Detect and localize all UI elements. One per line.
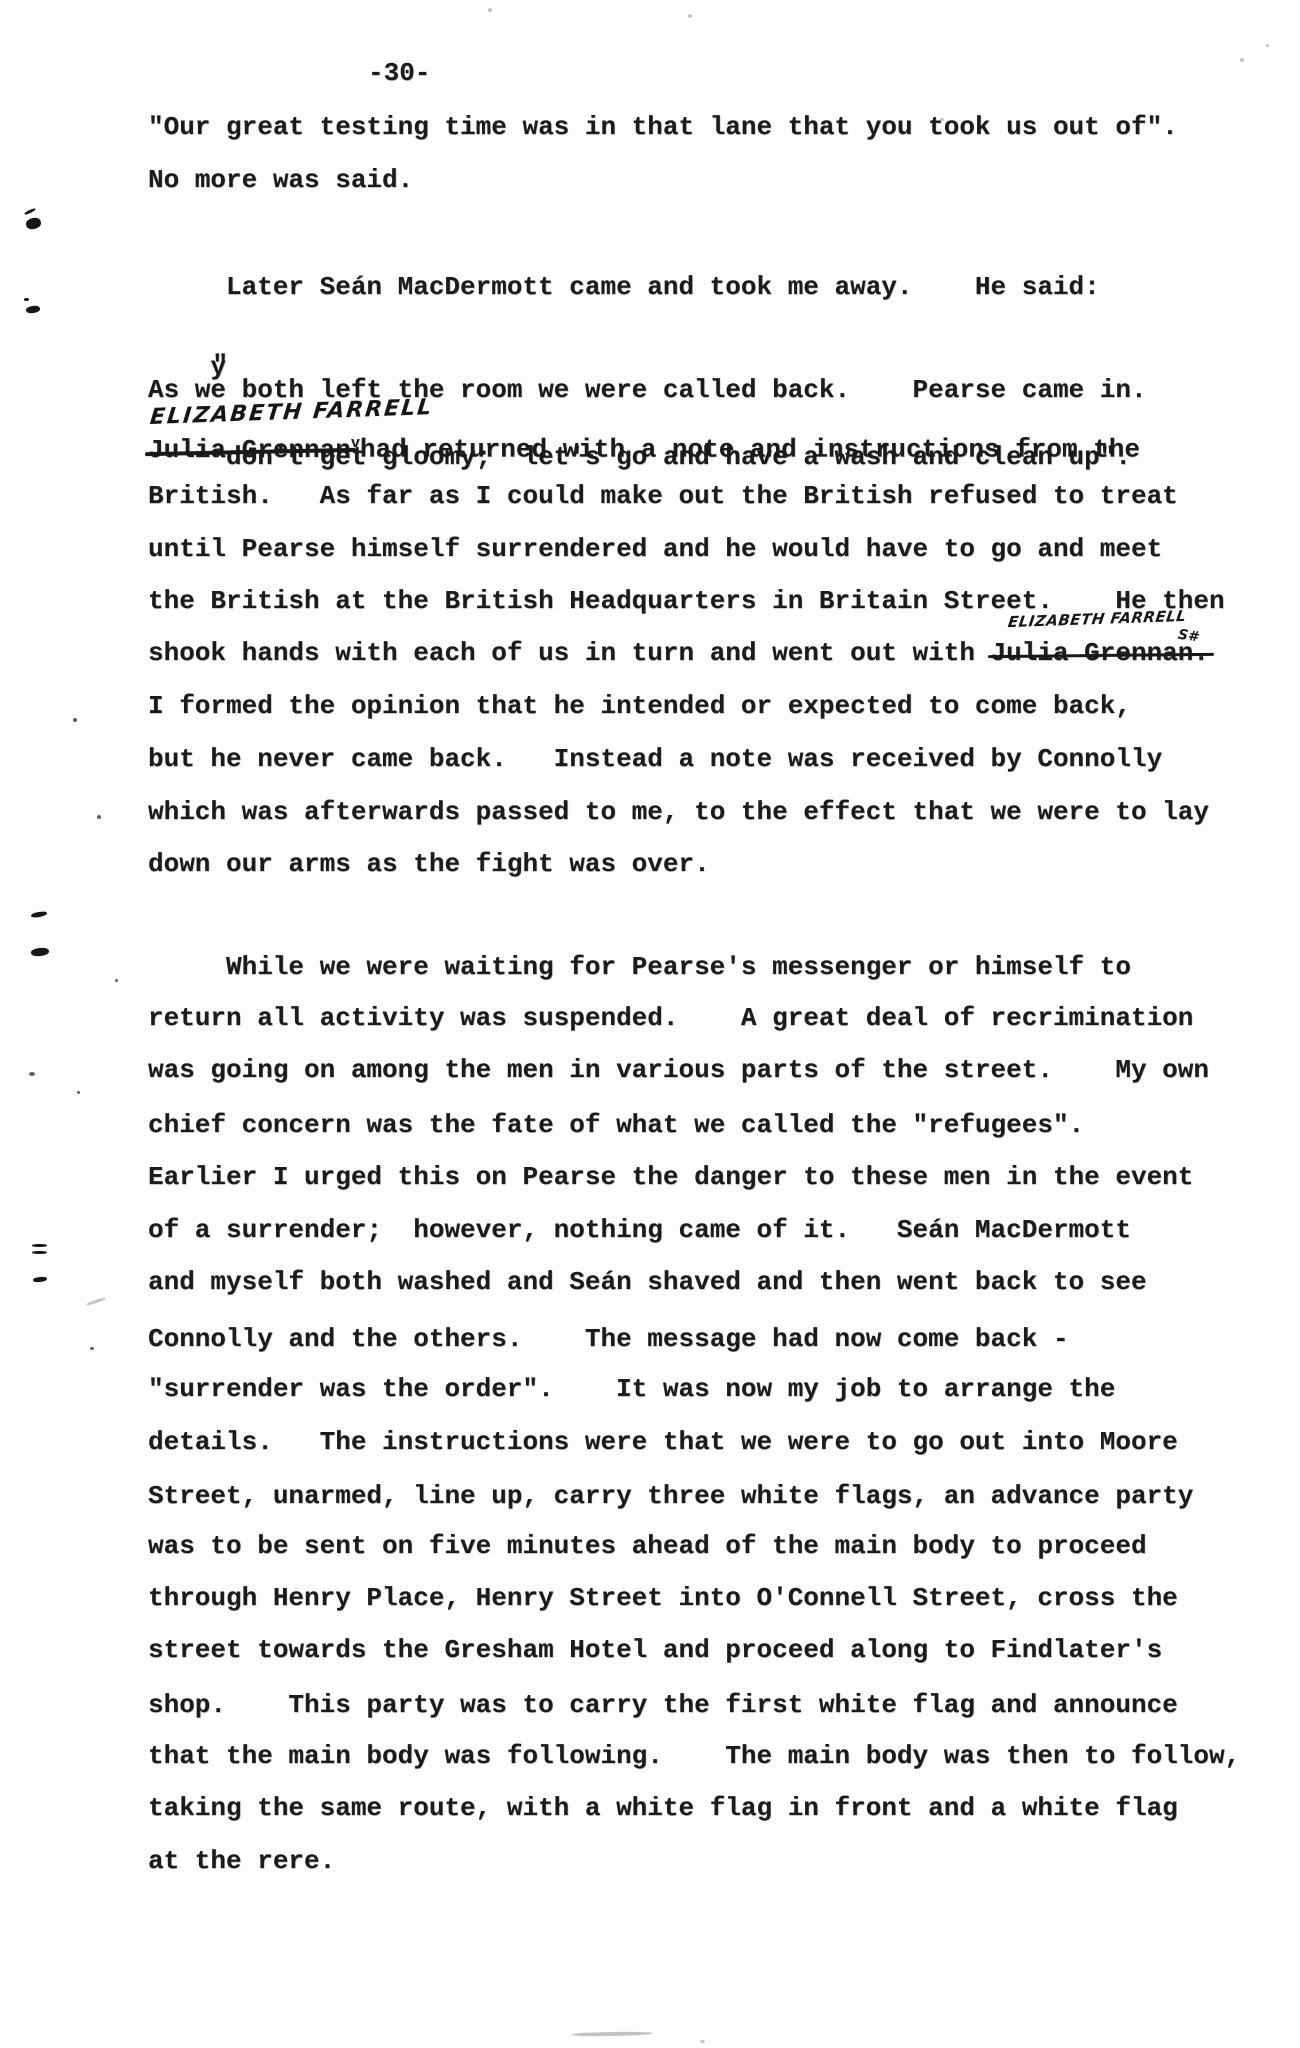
typed-line: down our arms as the fight was over. [148,849,710,881]
typed-line: of a surrender; however, nothing came of… [148,1215,1131,1247]
ink-mark [86,1297,106,1306]
typed-line: was to be sent on five minutes ahead of … [148,1531,1147,1563]
typed-line: return all activity was suspended. A gre… [148,1003,1193,1035]
ink-mark [31,947,50,957]
page-number: -30- [368,58,430,90]
typed-line: "surrender was the order". It was now my… [148,1374,1115,1406]
typed-line: but he never came back. Instead a note w… [148,744,1162,776]
ink-mark [572,2031,652,2036]
ink-speck [90,1347,94,1350]
typed-line: was going on among the men in various pa… [148,1055,1209,1087]
ink-mark [32,1244,47,1247]
typed-line: which was afterwards passed to me, to th… [148,797,1209,829]
ink-speck [940,118,944,121]
typed-line: that the main body was following. The ma… [148,1741,1240,1773]
typed-line-overstrike: y " don't get gloomy; let's go and have … [148,322,1131,354]
typed-line: chief concern was the fate of what we ca… [148,1110,1084,1142]
ink-speck [97,815,101,819]
ink-speck [1240,58,1244,62]
typed-line: and myself both washed and Seán shaved a… [148,1267,1147,1299]
ink-mark [24,208,36,216]
typed-line: British. As far as I could make out the … [148,481,1178,513]
typed-line: Earlier I urged this on Pearse the dange… [148,1162,1193,1194]
ink-speck [115,979,118,982]
typed-line: at the rere. [148,1846,335,1878]
ink-mark [31,911,48,919]
typed-line-with-strikethrough: Julia Grennanvhad returned with a note a… [148,429,1140,461]
ink-mark [25,216,42,230]
ink-mark [33,1276,47,1282]
ink-speck [700,2040,705,2043]
typed-line-text: shook hands with each of us in turn and … [148,638,991,668]
ink-speck [688,14,692,18]
ink-speck [73,718,77,722]
ink-speck [29,1072,35,1076]
typed-line: details. The instructions were that we w… [148,1427,1178,1459]
typed-line: Connolly and the others. The message had… [148,1324,1069,1356]
typed-line-text: had returned with a note and instruction… [360,435,1140,465]
typed-line: I formed the opinion that he intended or… [148,691,1131,723]
typed-line-with-strikethrough: shook hands with each of us in turn and … [148,638,1209,670]
ink-mark [32,1251,47,1254]
typed-line: "Our great testing time was in that lane… [148,112,1178,144]
ink-speck [1266,44,1269,47]
typed-line: until Pearse himself surrendered and he … [148,534,1162,566]
typed-line: Street, unarmed, line up, carry three wh… [148,1481,1193,1513]
typed-line: shop. This party was to carry the first … [148,1690,1178,1722]
typed-line: No more was said. [148,165,413,197]
struck-out-name: Julia Grennan [148,435,351,465]
ink-mark [26,305,41,314]
typed-line: While we were waiting for Pearse's messe… [226,952,1131,984]
ink-speck [488,8,492,12]
typed-line: taking the same route, with a white flag… [148,1793,1178,1825]
ink-mark [24,298,29,301]
struck-out-name: Julia Grennan. [991,638,1209,668]
typed-line: street towards the Gresham Hotel and pro… [148,1635,1162,1667]
scanned-document-page: -30- "Our great testing time was in that… [0,0,1300,2048]
typed-line: through Henry Place, Henry Street into O… [148,1583,1178,1615]
typed-line: Later Seán MacDermott came and took me a… [226,272,1100,304]
ink-speck [77,1091,80,1094]
